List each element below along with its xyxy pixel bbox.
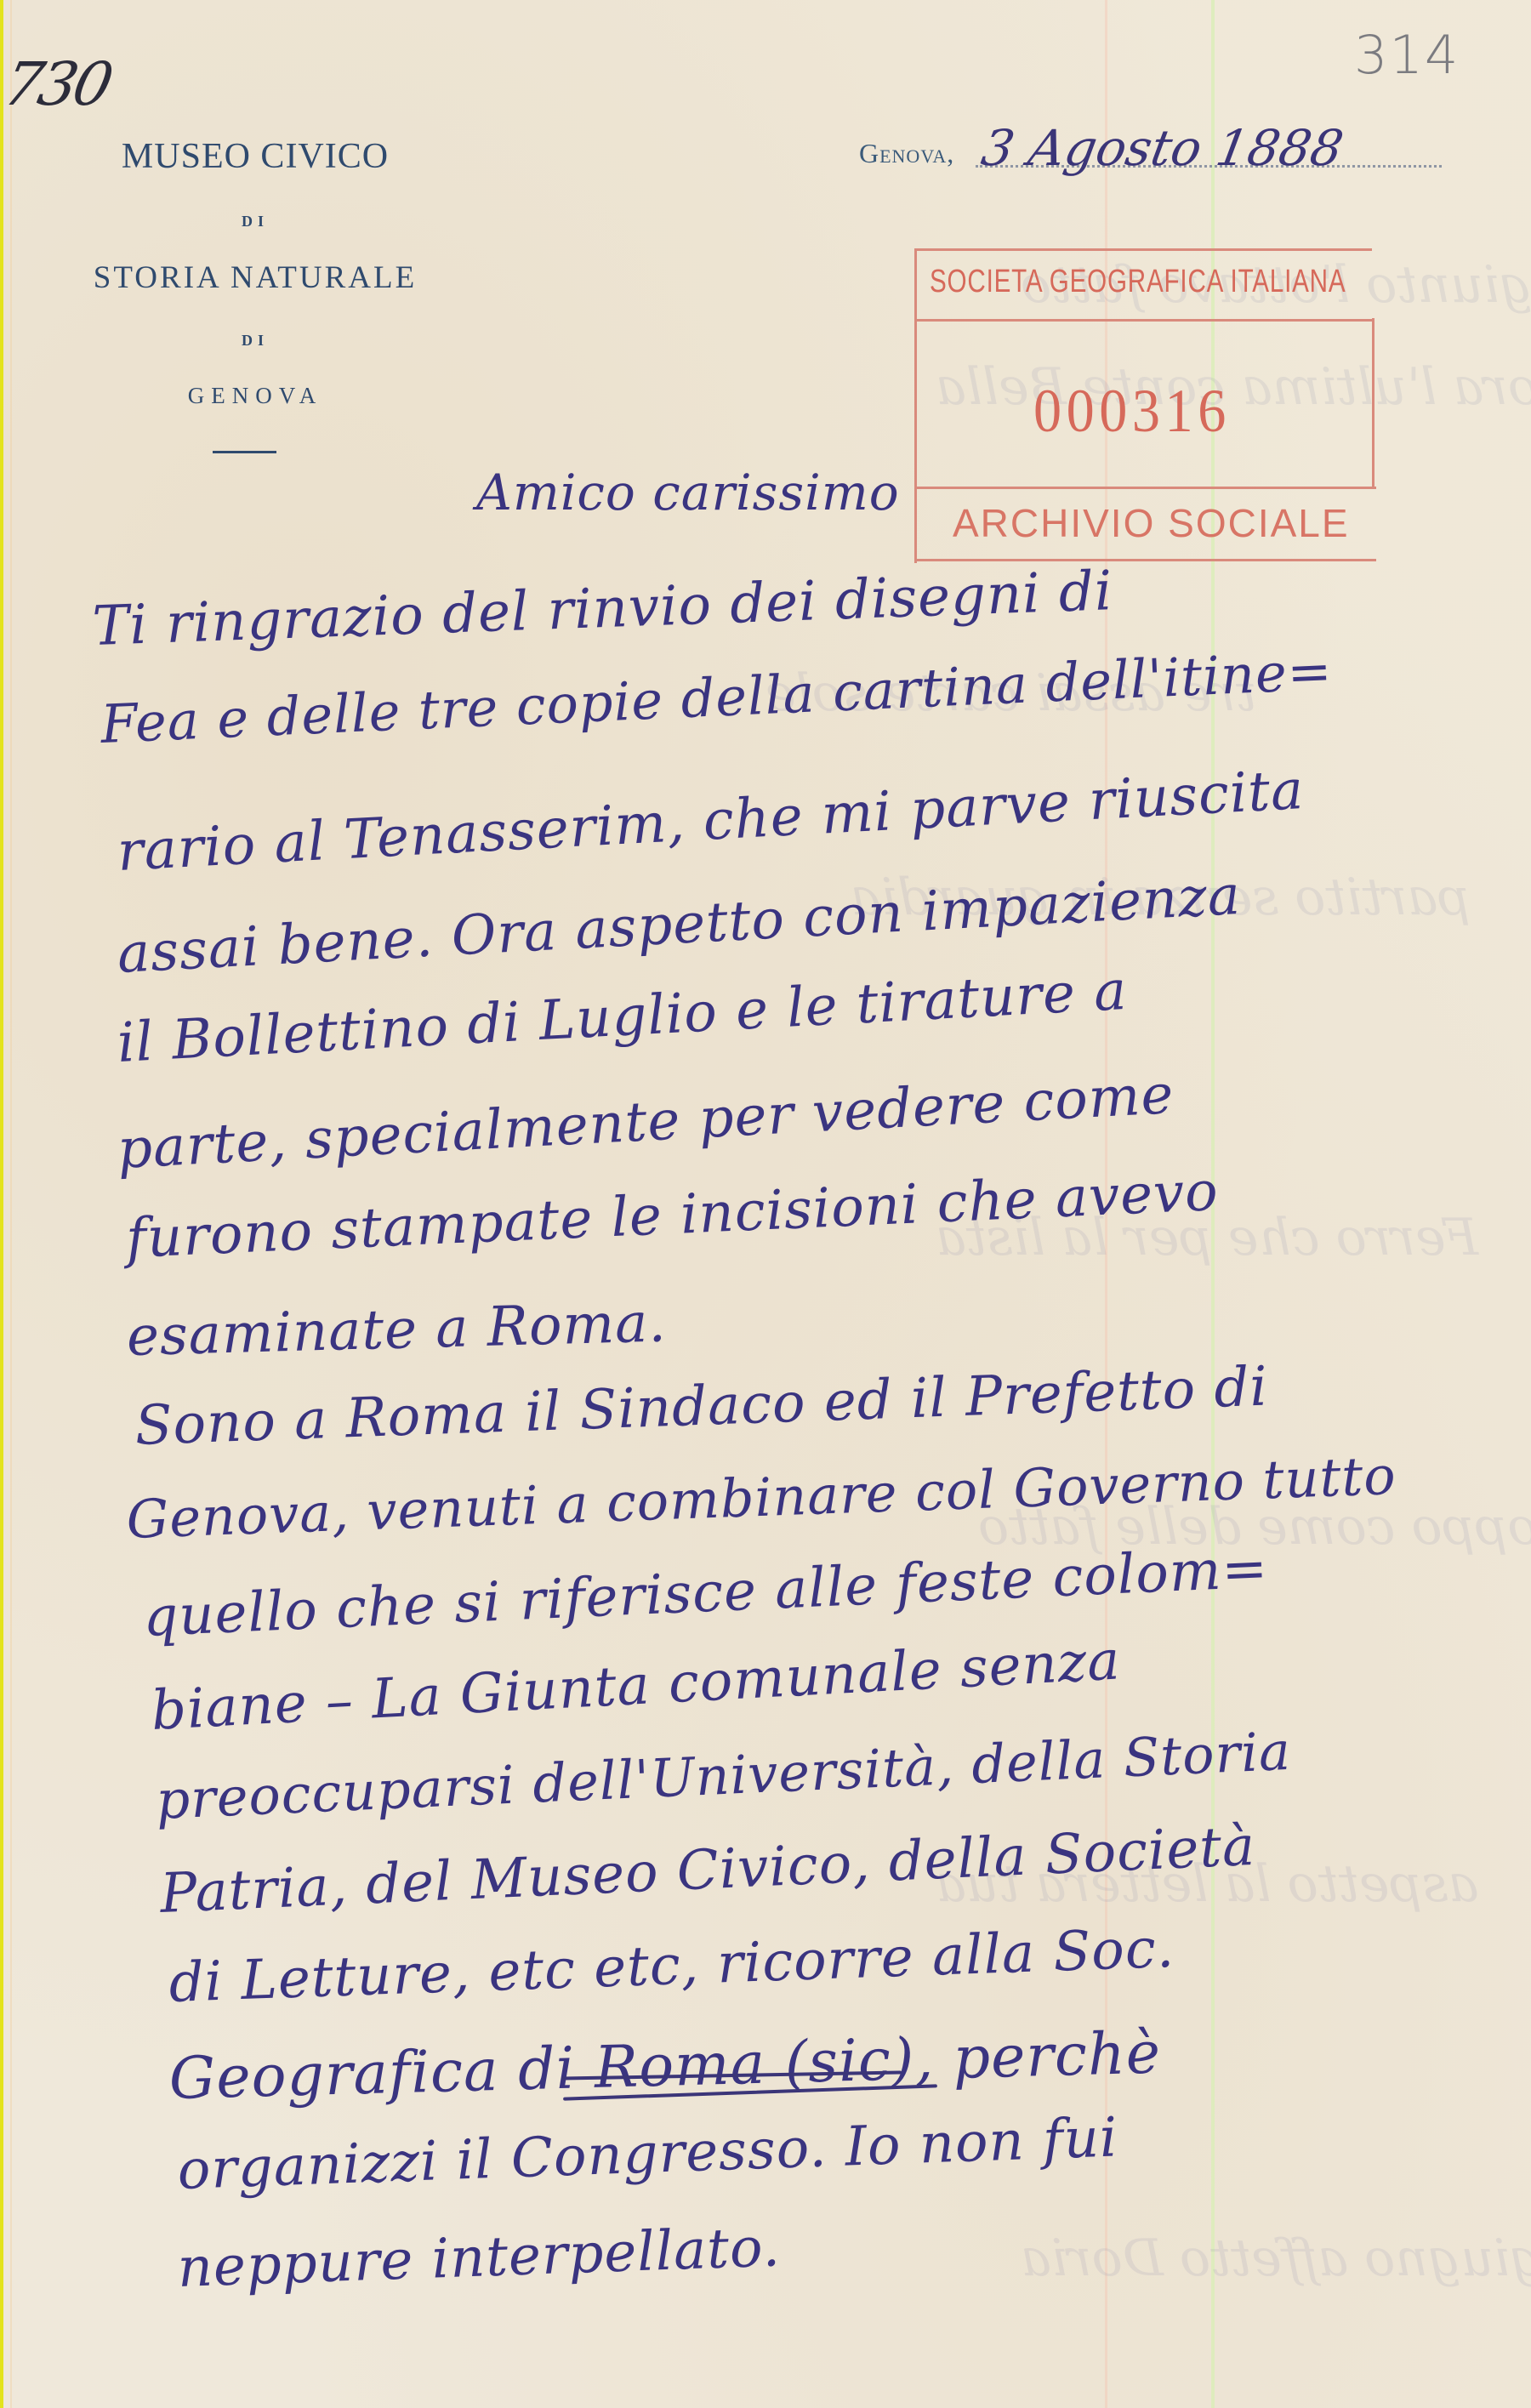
archive-stamp: SOCIETA GEOGRAFICA ITALIANA 000316 ARCHI… — [914, 248, 1391, 563]
dateline-place: Genova, — [859, 138, 954, 169]
letter-line: esaminate a Roma. — [126, 1291, 667, 1369]
dateline: Genova, 3 Agosto 1888 — [855, 128, 1442, 179]
dateline-date: 3 Agosto 1888 — [977, 119, 1347, 177]
bleed-through-text: caro giugno affetto Doria — [1021, 2229, 1531, 2288]
letterhead-city: GENOVA — [34, 383, 476, 409]
letter-line: Ti ringrazio del rinvio dei disegni di — [91, 560, 1113, 658]
stamp-number: 000316 — [1033, 376, 1231, 447]
letter-line: Geografica di Roma (sic), perchè — [168, 2019, 1162, 2113]
letter-line: parte, specialmente per vedere come — [116, 1063, 1175, 1181]
letter-line: Sono a Roma il Sindaco ed il Prefetto di — [134, 1356, 1269, 1458]
archive-page-number: 314 — [1354, 24, 1460, 86]
archive-folio-number: 730 — [0, 49, 116, 119]
letter-line: rario al Tenasserim, che mi parve riusci… — [116, 759, 1306, 884]
stamp-organization: SOCIETA GEOGRAFICA ITALIANA — [930, 264, 1346, 300]
stamp-label: ARCHIVIO SOCIALE — [953, 500, 1350, 546]
letter-line: preoccuparsi dell'Università, della Stor… — [155, 1720, 1293, 1831]
letterhead-museum: MUSEO CIVICO — [34, 136, 476, 177]
letter-line: neppure interpellato. — [176, 2216, 781, 2300]
letterhead-rule — [213, 451, 276, 453]
salutation: Amico carissimo — [476, 464, 900, 521]
letterhead-di: DI — [34, 332, 476, 350]
letter-line: organizzi il Congresso. Io non fui — [176, 2106, 1118, 2202]
letterhead-natural-history: STORIA NATURALE — [34, 259, 476, 296]
letter-line: Fea e delle tre copie della cartina dell… — [100, 640, 1334, 755]
letterhead-di: DI — [34, 213, 476, 231]
letter-line: di Letture, etc etc, ricorre alla Soc. — [168, 1917, 1175, 2015]
scan-edge-strip — [0, 0, 3, 2408]
letter-line: biane – La Giunta comunale senza — [150, 1629, 1122, 1743]
paper-edge — [10, 0, 12, 2408]
